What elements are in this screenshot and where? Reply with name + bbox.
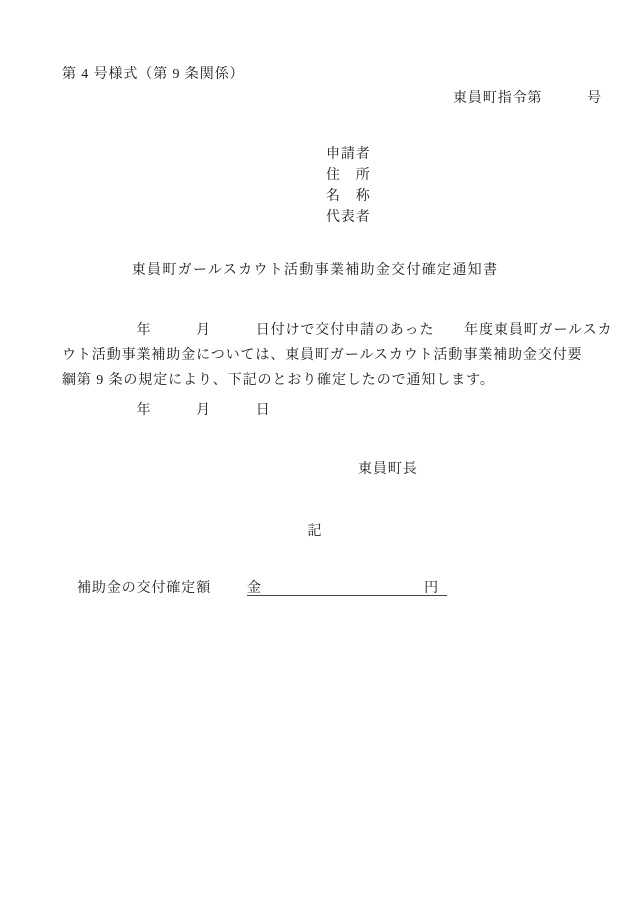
body-line-3: 綱第 9 条の規定により、下記のとおり確定したので通知します。 [62,368,607,393]
body-line-2: ウト活動事業補助金については、東員町ガールスカウト活動事業補助金交付要 [62,343,607,368]
applicant-block: 申請者 住 所 名 称 代表者 [326,144,371,228]
amount-blank-underline: 金 円 [247,577,447,596]
record-marker: 記 [0,520,630,540]
applicant-heading: 申請者 [326,144,371,165]
amount-label: 補助金の交付確定額 [77,577,211,597]
applicant-name-label: 名 称 [326,186,371,207]
document-page: 第 4 号様式（第 9 条関係） 東員町指令第 号 申請者 住 所 名 称 代表… [0,0,630,903]
body-line-1: 年 月 日付けで交付申請のあった 年度東員町ガールスカ [62,318,607,343]
directive-number-line: 東員町指令第 号 [453,87,602,107]
date-line: 年 月 日 [62,399,271,419]
amount-row: 補助金の交付確定額 金 円 [0,577,630,599]
applicant-address-label: 住 所 [326,165,371,186]
amount-currency-suffix: 円 [424,577,439,595]
applicant-representative-label: 代表者 [326,207,371,228]
mayor-title: 東員町長 [358,458,418,478]
amount-currency-prefix: 金 [247,577,262,595]
document-title: 東員町ガールスカウト活動事業補助金交付確定通知書 [0,259,630,279]
body-paragraph: 年 月 日付けで交付申請のあった 年度東員町ガールスカ ウト活動事業補助金につい… [62,318,607,393]
form-number: 第 4 号様式（第 9 条関係） [62,63,244,83]
